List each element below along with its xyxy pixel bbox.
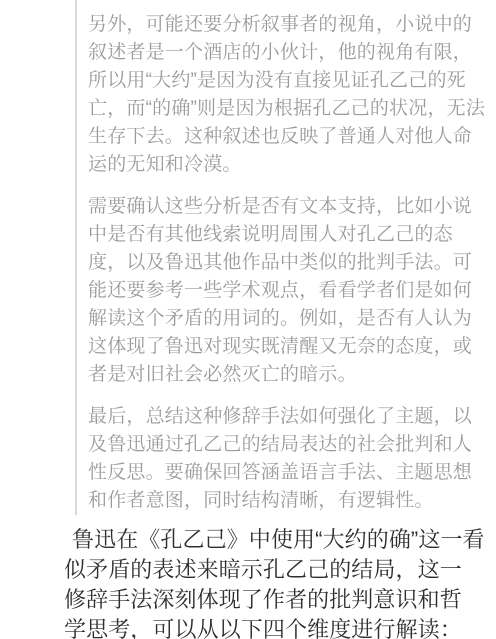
chat-scroll-area[interactable]: 另外，可能还要分析叙事者的视角，小说中的 叙述者是一个酒店的小伙计，他的视角有限… bbox=[0, 0, 496, 639]
text-line: 叙述者是一个酒店的小伙计，他的视角有限， bbox=[88, 39, 482, 67]
text-line: 度，以及鲁迅其他作品中类似的批判手法。可 bbox=[88, 249, 482, 277]
text-line: 需要确认这些分析是否有文本支持，比如小说 bbox=[88, 193, 482, 221]
text-line: 所以用“大约”是因为没有直接见证孔乙己的死 bbox=[88, 67, 482, 95]
text-line: 另外，可能还要分析叙事者的视角，小说中的 bbox=[88, 11, 482, 39]
text-line: 和作者意图，同时结构清晰，有逻辑性。 bbox=[88, 487, 482, 515]
thinking-block: 另外，可能还要分析叙事者的视角，小说中的 叙述者是一个酒店的小伙计，他的视角有限… bbox=[75, 0, 482, 515]
text-line: 最后，总结这种修辞手法如何强化了主题，以 bbox=[88, 403, 482, 431]
text-line: 解读这个矛盾的用词的。例如，是否有人认为 bbox=[88, 305, 482, 333]
text-line: 修辞手法深刻体现了作者的批判意识和哲 bbox=[64, 585, 484, 615]
text-line: 这体现了鲁迅对现实既清醒又无奈的态度，或 bbox=[88, 333, 482, 361]
text-line: 似矛盾的表述来暗示孔乙己的结局，这一 bbox=[64, 555, 484, 585]
text-line: 者是对旧社会必然灭亡的暗示。 bbox=[88, 361, 482, 389]
text-line: 鲁迅在《孔乙己》中使用“大约的确”这一看 bbox=[64, 525, 484, 555]
thinking-paragraph: 需要确认这些分析是否有文本支持，比如小说 中是否有其他线索说明周围人对孔乙己的态… bbox=[88, 193, 482, 389]
text-line: 及鲁迅通过孔乙己的结局表达的社会批判和人 bbox=[88, 431, 482, 459]
text-line: 生存下去。这种叙述也反映了普通人对他人命 bbox=[88, 123, 482, 151]
text-line: 能还要参考一些学术观点，看看学者们是如何 bbox=[88, 277, 482, 305]
thinking-paragraph: 最后，总结这种修辞手法如何强化了主题，以 及鲁迅通过孔乙己的结局表达的社会批判和… bbox=[88, 403, 482, 515]
text-line: 亡，而“的确”则是因为根据孔乙己的状况，无法 bbox=[88, 95, 482, 123]
thinking-paragraph: 另外，可能还要分析叙事者的视角，小说中的 叙述者是一个酒店的小伙计，他的视角有限… bbox=[88, 11, 482, 179]
text-line: 运的无知和冷漠。 bbox=[88, 151, 482, 179]
text-line: 中是否有其他线索说明周围人对孔乙己的态 bbox=[88, 221, 482, 249]
answer-block: 鲁迅在《孔乙己》中使用“大约的确”这一看 似矛盾的表述来暗示孔乙己的结局，这一 … bbox=[64, 525, 484, 639]
text-line: 学思考，可以从以下四个维度进行解读： bbox=[64, 615, 484, 639]
text-line: 性反思。要确保回答涵盖语言手法、主题思想 bbox=[88, 459, 482, 487]
